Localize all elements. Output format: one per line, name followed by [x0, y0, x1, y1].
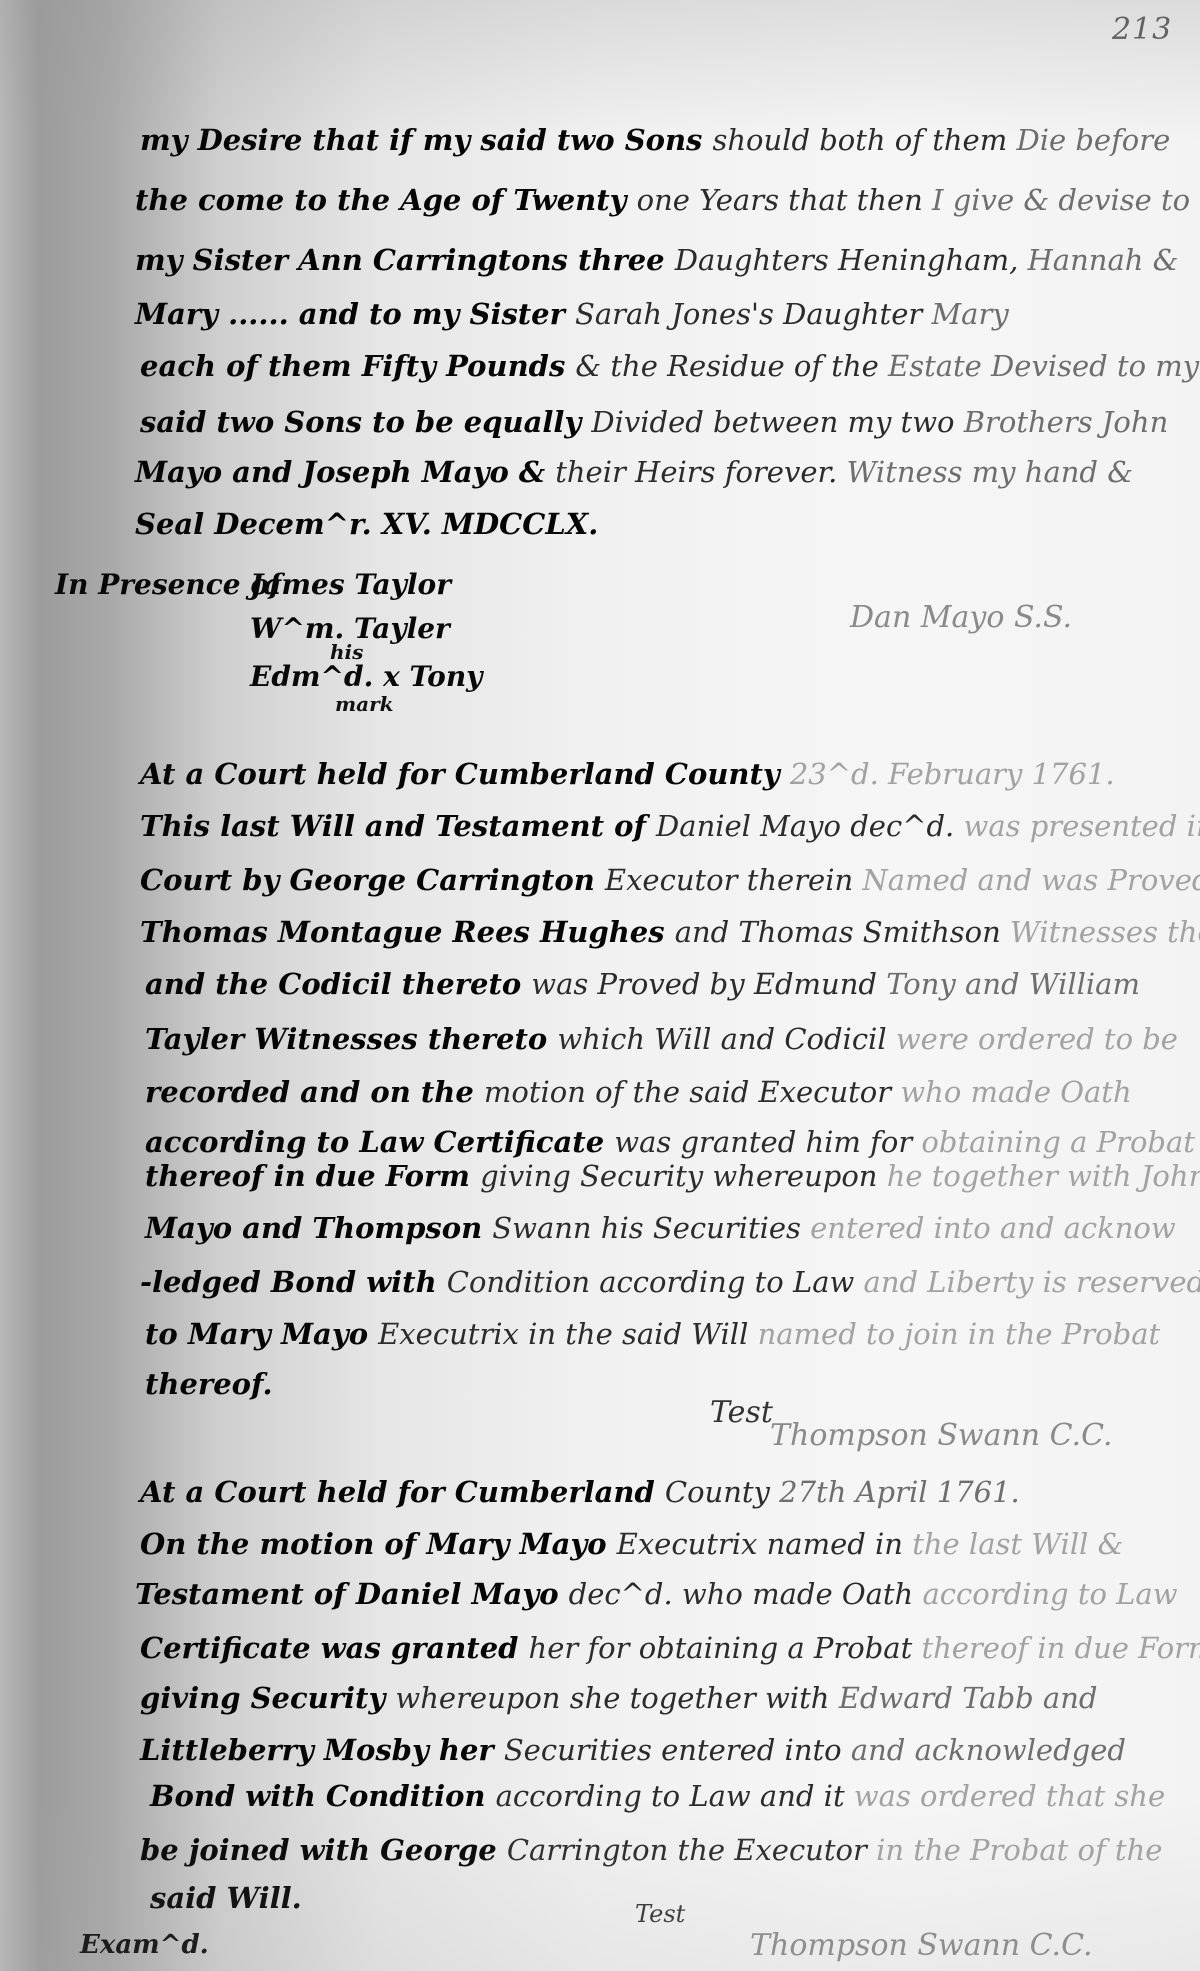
text-line: Bond with Condition according to Law and…: [150, 1782, 1165, 1811]
text-line: and the Codicil thereto was Proved by Ed…: [145, 970, 1140, 999]
text-line: thereof in due Form giving Security wher…: [145, 1162, 1200, 1191]
mark-below: mark: [335, 692, 394, 716]
text-line: Tayler Witnesses thereto which Will and …: [145, 1025, 1178, 1054]
text-line: On the motion of Mary Mayo Executrix nam…: [140, 1530, 1123, 1559]
testator-signature: Dan Mayo S.S.: [850, 600, 1072, 635]
text-line: Mayo and Thompson Swann his Securities e…: [145, 1214, 1176, 1243]
text-line: said two Sons to be equally Divided betw…: [140, 408, 1168, 437]
witness-name: Edm^d. x Tony: [250, 660, 482, 693]
text-line: each of them Fifty Pounds & the Residue …: [140, 352, 1199, 381]
text-line: Certificate was granted her for obtainin…: [140, 1634, 1200, 1663]
text-line: At a Court held for Cumberland County 27…: [140, 1478, 1020, 1507]
test-label: Test: [635, 1900, 685, 1928]
text-line: Court by George Carrington Executor ther…: [140, 866, 1200, 895]
margin-note-examined: Exam^d.: [80, 1930, 209, 1960]
text-line: recorded and on the motion of the said E…: [145, 1078, 1132, 1107]
text-line: Mary ...... and to my Sister Sarah Jones…: [135, 300, 1009, 329]
text-line: my Desire that if my said two Sons shoul…: [140, 126, 1170, 155]
witness-name: James Taylor: [250, 568, 451, 601]
document-page: 213 my Desire that if my said two Sons s…: [0, 0, 1200, 1971]
text-line: be joined with George Carrington the Exe…: [140, 1836, 1162, 1865]
text-line: Seal Decem^r. XV. MDCCLX.: [135, 510, 598, 539]
text-line: At a Court held for Cumberland County 23…: [140, 760, 1115, 789]
text-line: -ledged Bond with Condition according to…: [140, 1268, 1200, 1297]
text-line: thereof.: [145, 1370, 273, 1399]
text-line: said Will.: [150, 1884, 302, 1913]
text-line: according to Law Certificate was granted…: [145, 1128, 1195, 1157]
text-line: the come to the Age of Twenty one Years …: [135, 186, 1190, 215]
test-label: Test: [710, 1395, 773, 1430]
attestation-label: In Presence of: [55, 568, 281, 601]
text-line: Testament of Daniel Mayo dec^d. who made…: [135, 1580, 1178, 1609]
text-line: This last Will and Testament of Daniel M…: [140, 812, 1200, 841]
text-line: Mayo and Joseph Mayo & their Heirs forev…: [135, 458, 1133, 487]
page-number: 213: [1112, 12, 1172, 47]
text-line: my Sister Ann Carringtons three Daughter…: [135, 246, 1178, 275]
text-line: giving Security whereupon she together w…: [140, 1684, 1097, 1713]
clerk-signature: Thompson Swann C.C.: [770, 1418, 1113, 1453]
text-line: to Mary Mayo Executrix in the said Will …: [145, 1320, 1160, 1349]
text-line: Littleberry Mosby her Securities entered…: [140, 1736, 1126, 1765]
text-line: Thomas Montague Rees Hughes and Thomas S…: [140, 918, 1200, 947]
clerk-signature: Thompson Swann C.C.: [750, 1928, 1093, 1963]
